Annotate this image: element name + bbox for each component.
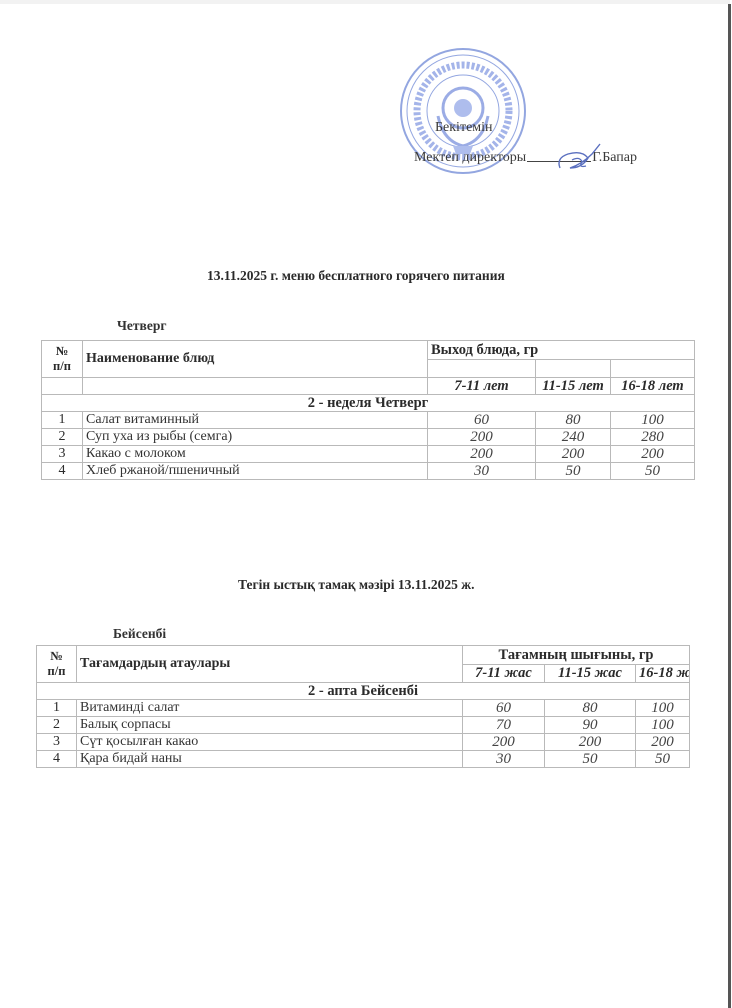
portion-16-18: 200 — [611, 446, 695, 463]
age-header: 11-15 лет — [536, 378, 611, 395]
portion-7-11: 30 — [463, 751, 545, 768]
director-title: Мектеп директоры — [414, 150, 526, 165]
header-num: №п/п — [42, 341, 83, 378]
table-row: 4Хлеб ржаной/пшеничный305050 — [42, 463, 695, 480]
portion-16-18: 50 — [611, 463, 695, 480]
week-label: 2 - апта Бейсенбі — [37, 683, 690, 700]
portion-11-15: 200 — [545, 734, 636, 751]
empty-cell — [42, 378, 83, 395]
menu-table-kz: №п/п Тағамдардың атаулары Тағамның шығын… — [36, 645, 690, 768]
row-number: 3 — [37, 734, 77, 751]
dish-name: Балық сорпасы — [77, 717, 463, 734]
empty-cell — [83, 378, 428, 395]
header-dish-name: Наименование блюд — [83, 341, 428, 378]
header-num: №п/п — [37, 646, 77, 683]
portion-16-18: 280 — [611, 429, 695, 446]
table-row: 1Витаминді салат6080100 — [37, 700, 690, 717]
age-header: 7-11 жас — [463, 664, 545, 683]
row-number: 4 — [42, 463, 83, 480]
portion-11-15: 240 — [536, 429, 611, 446]
table-row: 2Суп уха из рыбы (семга)200240280 — [42, 429, 695, 446]
row-number: 2 — [37, 717, 77, 734]
menu-title-ru: 13.11.2025 г. меню бесплатного горячего … — [207, 268, 505, 284]
signature-icon — [552, 142, 612, 176]
row-number: 1 — [37, 700, 77, 717]
scan-right-edge — [728, 4, 731, 1008]
menu-title-kz: Тегін ыстық тамақ мәзірі 13.11.2025 ж. — [238, 577, 474, 593]
portion-7-11: 60 — [463, 700, 545, 717]
dish-name: Суп уха из рыбы (семга) — [83, 429, 428, 446]
portion-11-15: 50 — [545, 751, 636, 768]
portion-11-15: 90 — [545, 717, 636, 734]
table-row: 3Какао с молоком200200200 — [42, 446, 695, 463]
table-row: 2Балық сорпасы7090100 — [37, 717, 690, 734]
portion-16-18: 100 — [611, 412, 695, 429]
table-row: 4Қара бидай наны305050 — [37, 751, 690, 768]
portion-16-18: 100 — [636, 700, 690, 717]
row-number: 2 — [42, 429, 83, 446]
portion-11-15: 200 — [536, 446, 611, 463]
day-label-ru: Четверг — [117, 318, 166, 334]
age-header: 7-11 лет — [428, 378, 536, 395]
header-yield: Тағамның шығыны, гр — [463, 646, 690, 665]
empty-cell — [428, 359, 536, 378]
dish-name: Салат витаминный — [83, 412, 428, 429]
portion-7-11: 200 — [428, 429, 536, 446]
header-dish-name: Тағамдардың атаулары — [77, 646, 463, 683]
portion-11-15: 80 — [545, 700, 636, 717]
dish-name: Какао с молоком — [83, 446, 428, 463]
portion-16-18: 50 — [636, 751, 690, 768]
portion-11-15: 50 — [536, 463, 611, 480]
dish-name: Витаминді салат — [77, 700, 463, 717]
header-yield: Выход блюда, гр — [428, 341, 695, 360]
row-number: 4 — [37, 751, 77, 768]
table-row: 1Салат витаминный6080100 — [42, 412, 695, 429]
scan-top-edge — [0, 0, 730, 4]
empty-cell — [611, 359, 695, 378]
approval-heading: Бекітемін — [435, 120, 493, 136]
portion-11-15: 80 — [536, 412, 611, 429]
menu-table-ru: №п/п Наименование блюд Выход блюда, гр 7… — [41, 340, 695, 480]
portion-7-11: 200 — [463, 734, 545, 751]
row-number: 1 — [42, 412, 83, 429]
age-header: 11-15 жас — [545, 664, 636, 683]
empty-cell — [536, 359, 611, 378]
portion-7-11: 30 — [428, 463, 536, 480]
portion-16-18: 200 — [636, 734, 690, 751]
portion-7-11: 70 — [463, 717, 545, 734]
portion-16-18: 100 — [636, 717, 690, 734]
portion-7-11: 60 — [428, 412, 536, 429]
table-row: 3Сүт қосылған какао200200200 — [37, 734, 690, 751]
dish-name: Сүт қосылған какао — [77, 734, 463, 751]
week-label: 2 - неделя Четверг — [42, 395, 695, 412]
dish-name: Қара бидай наны — [77, 751, 463, 768]
portion-7-11: 200 — [428, 446, 536, 463]
age-header: 16-18 жас — [636, 664, 690, 683]
day-label-kz: Бейсенбі — [113, 626, 166, 642]
age-header: 16-18 лет — [611, 378, 695, 395]
dish-name: Хлеб ржаной/пшеничный — [83, 463, 428, 480]
row-number: 3 — [42, 446, 83, 463]
